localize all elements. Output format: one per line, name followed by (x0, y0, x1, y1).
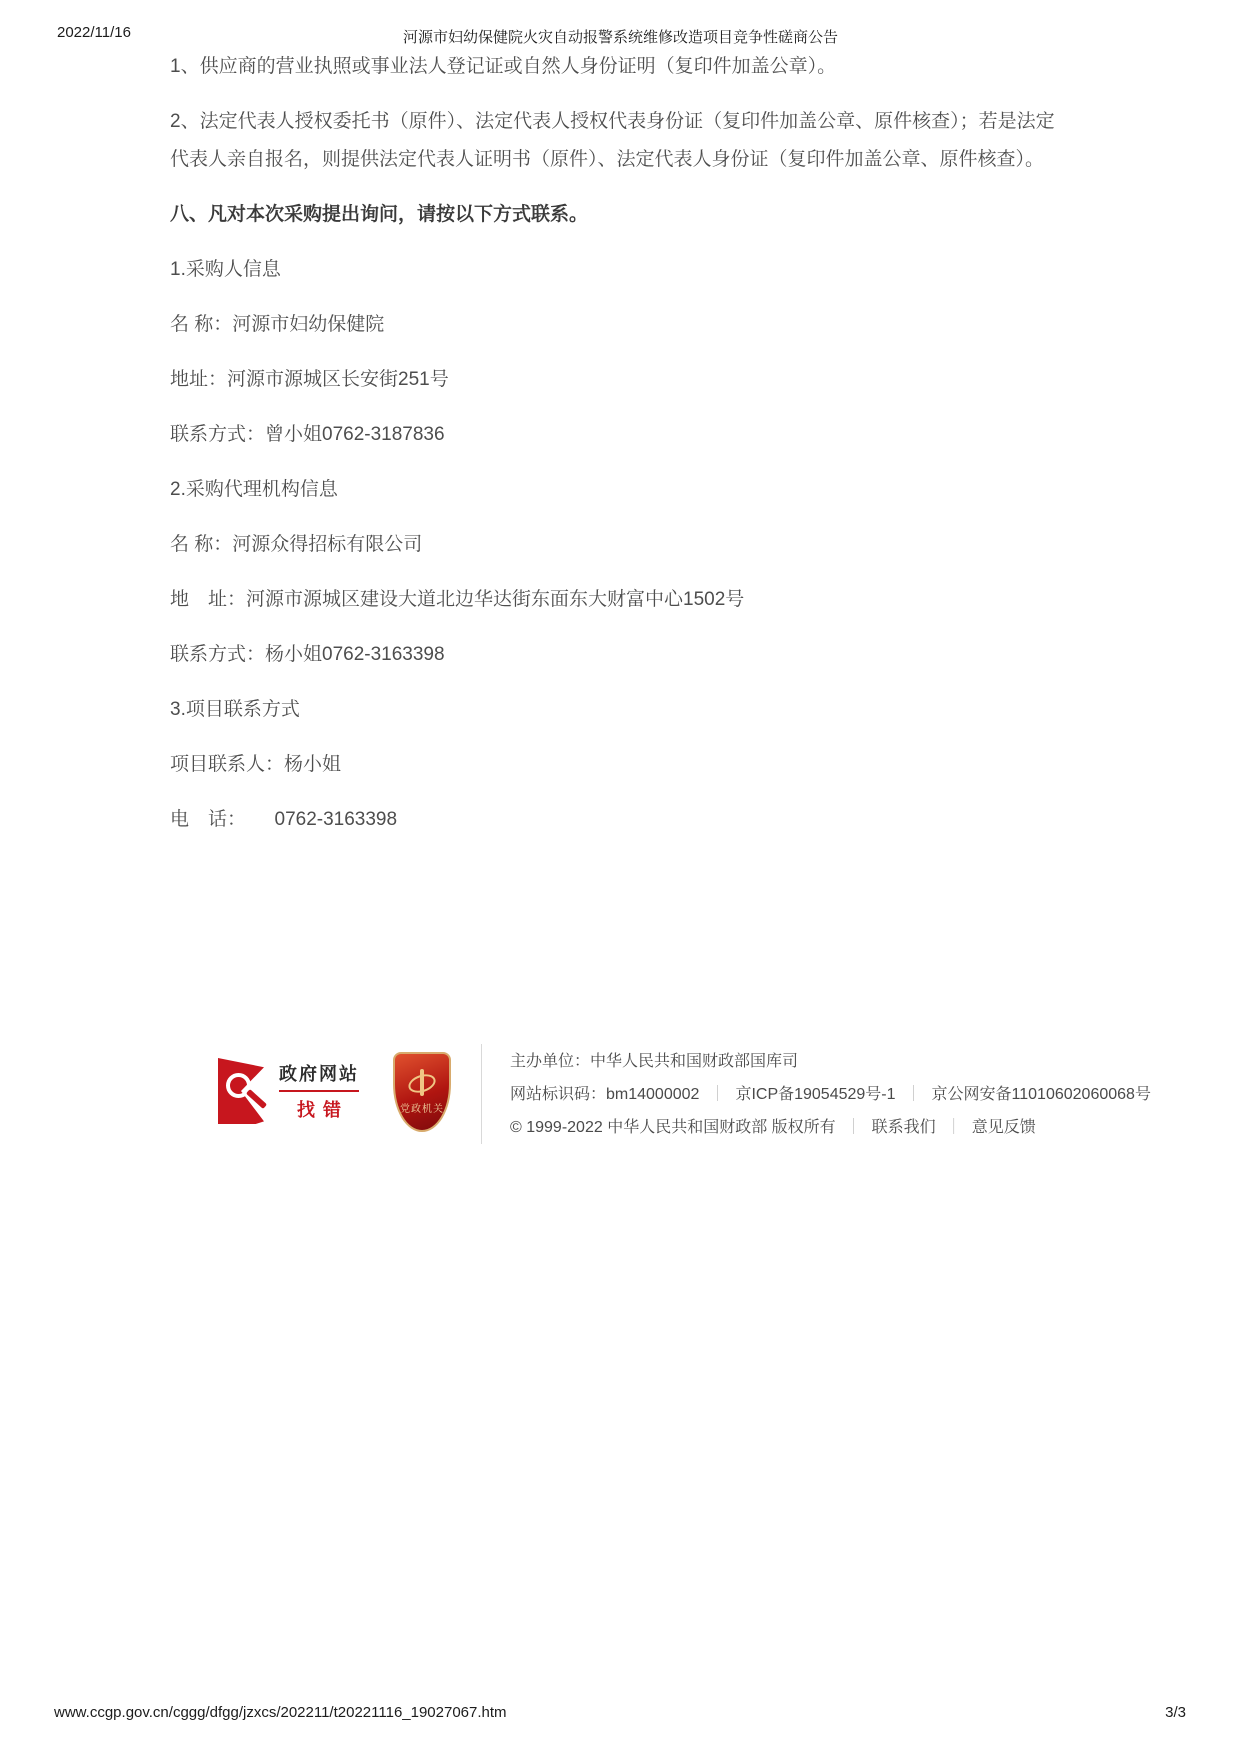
site-footer: 政府网站 找错 党政机关 主办单位：中华人民共和国财政部国库司 网站标识码：bm… (218, 1042, 1151, 1144)
magnifier-flag-icon (218, 1058, 268, 1124)
agency-address: 地 址：河源市源城区建设大道北边华达街东面东大财富中心1502号 (170, 581, 1072, 619)
print-source-url: www.ccgp.gov.cn/cggg/dfgg/jzxcs/202211/t… (54, 1704, 507, 1721)
announcement-body: 1、供应商的营业执照或事业法人登记证或自然人身份证明（复印件加盖公章）。 2、法… (170, 48, 1072, 856)
contact-section-heading: 八、凡对本次采购提出询问，请按以下方式联系。 (170, 196, 1072, 234)
footer-copyright-line: © 1999-2022 中华人民共和国财政部 版权所有｜联系我们｜意见反馈 (510, 1111, 1151, 1144)
police-record-link[interactable]: 京公网安备11010602060068号 (932, 1086, 1151, 1103)
agency-info-heading: 2.采购代理机构信息 (170, 471, 1072, 509)
purchaser-contact: 联系方式：曾小姐0762-3187836 (170, 416, 1072, 454)
legal-representative-item: 2、法定代表人授权委托书（原件）、法定代表人授权代表身份证（复印件加盖公章、原件… (170, 103, 1072, 179)
agency-contact: 联系方式：杨小姐0762-3163398 (170, 636, 1072, 674)
printed-page: 2022/11/16 河源市妇幼保健院火灾自动报警系统维修改造项目竞争性磋商公告… (0, 0, 1241, 1755)
project-contact-person: 项目联系人：杨小姐 (170, 746, 1072, 784)
red-rule (279, 1090, 359, 1092)
page-title: 河源市妇幼保健院火灾自动报警系统维修改造项目竞争性磋商公告 (120, 26, 1121, 47)
separator: ｜ (906, 1086, 922, 1103)
separator: ｜ (846, 1119, 862, 1136)
footer-text-block: 主办单位：中华人民共和国财政部国库司 网站标识码：bm14000002｜京ICP… (510, 1042, 1151, 1144)
purchaser-address: 地址：河源市源城区长安街251号 (170, 361, 1072, 399)
separator: ｜ (709, 1086, 725, 1103)
supplier-license-item: 1、供应商的营业执照或事业法人登记证或自然人身份证明（复印件加盖公章）。 (170, 48, 1072, 86)
footer-host-line: 主办单位：中华人民共和国财政部国库司 (510, 1045, 1151, 1078)
project-phone: 电 话： 0762-3163398 (170, 801, 1072, 839)
govsite-error-report-logo[interactable]: 政府网站 找错 (218, 1058, 359, 1124)
separator: ｜ (946, 1119, 962, 1136)
find-error-label: 找错 (279, 1096, 367, 1122)
footer-divider (481, 1044, 482, 1144)
icp-license-link[interactable]: 京ICP备19054529号-1 (735, 1086, 895, 1103)
footer-code-line: 网站标识码：bm14000002｜京ICP备19054529号-1｜京公网安备1… (510, 1078, 1151, 1111)
project-contact-heading: 3.项目联系方式 (170, 691, 1072, 729)
host-unit: 主办单位：中华人民共和国财政部国库司 (510, 1053, 798, 1070)
agency-name: 名 称：河源众得招标有限公司 (170, 526, 1072, 564)
print-page-number: 3/3 (1165, 1704, 1186, 1721)
contact-us-link[interactable]: 联系我们 (872, 1119, 936, 1136)
badge-emblem-icon (407, 1069, 437, 1096)
purchaser-info-heading: 1.采购人信息 (170, 251, 1072, 289)
feedback-link[interactable]: 意见反馈 (972, 1119, 1036, 1136)
govsite-label: 政府网站 (279, 1060, 359, 1086)
party-government-badge[interactable]: 党政机关 (393, 1052, 451, 1132)
purchaser-name: 名 称：河源市妇幼保健院 (170, 306, 1072, 344)
copyright-text: © 1999-2022 中华人民共和国财政部 版权所有 (510, 1119, 836, 1136)
badge-label: 党政机关 (400, 1100, 444, 1115)
site-identifier-code: 网站标识码：bm14000002 (510, 1086, 699, 1103)
